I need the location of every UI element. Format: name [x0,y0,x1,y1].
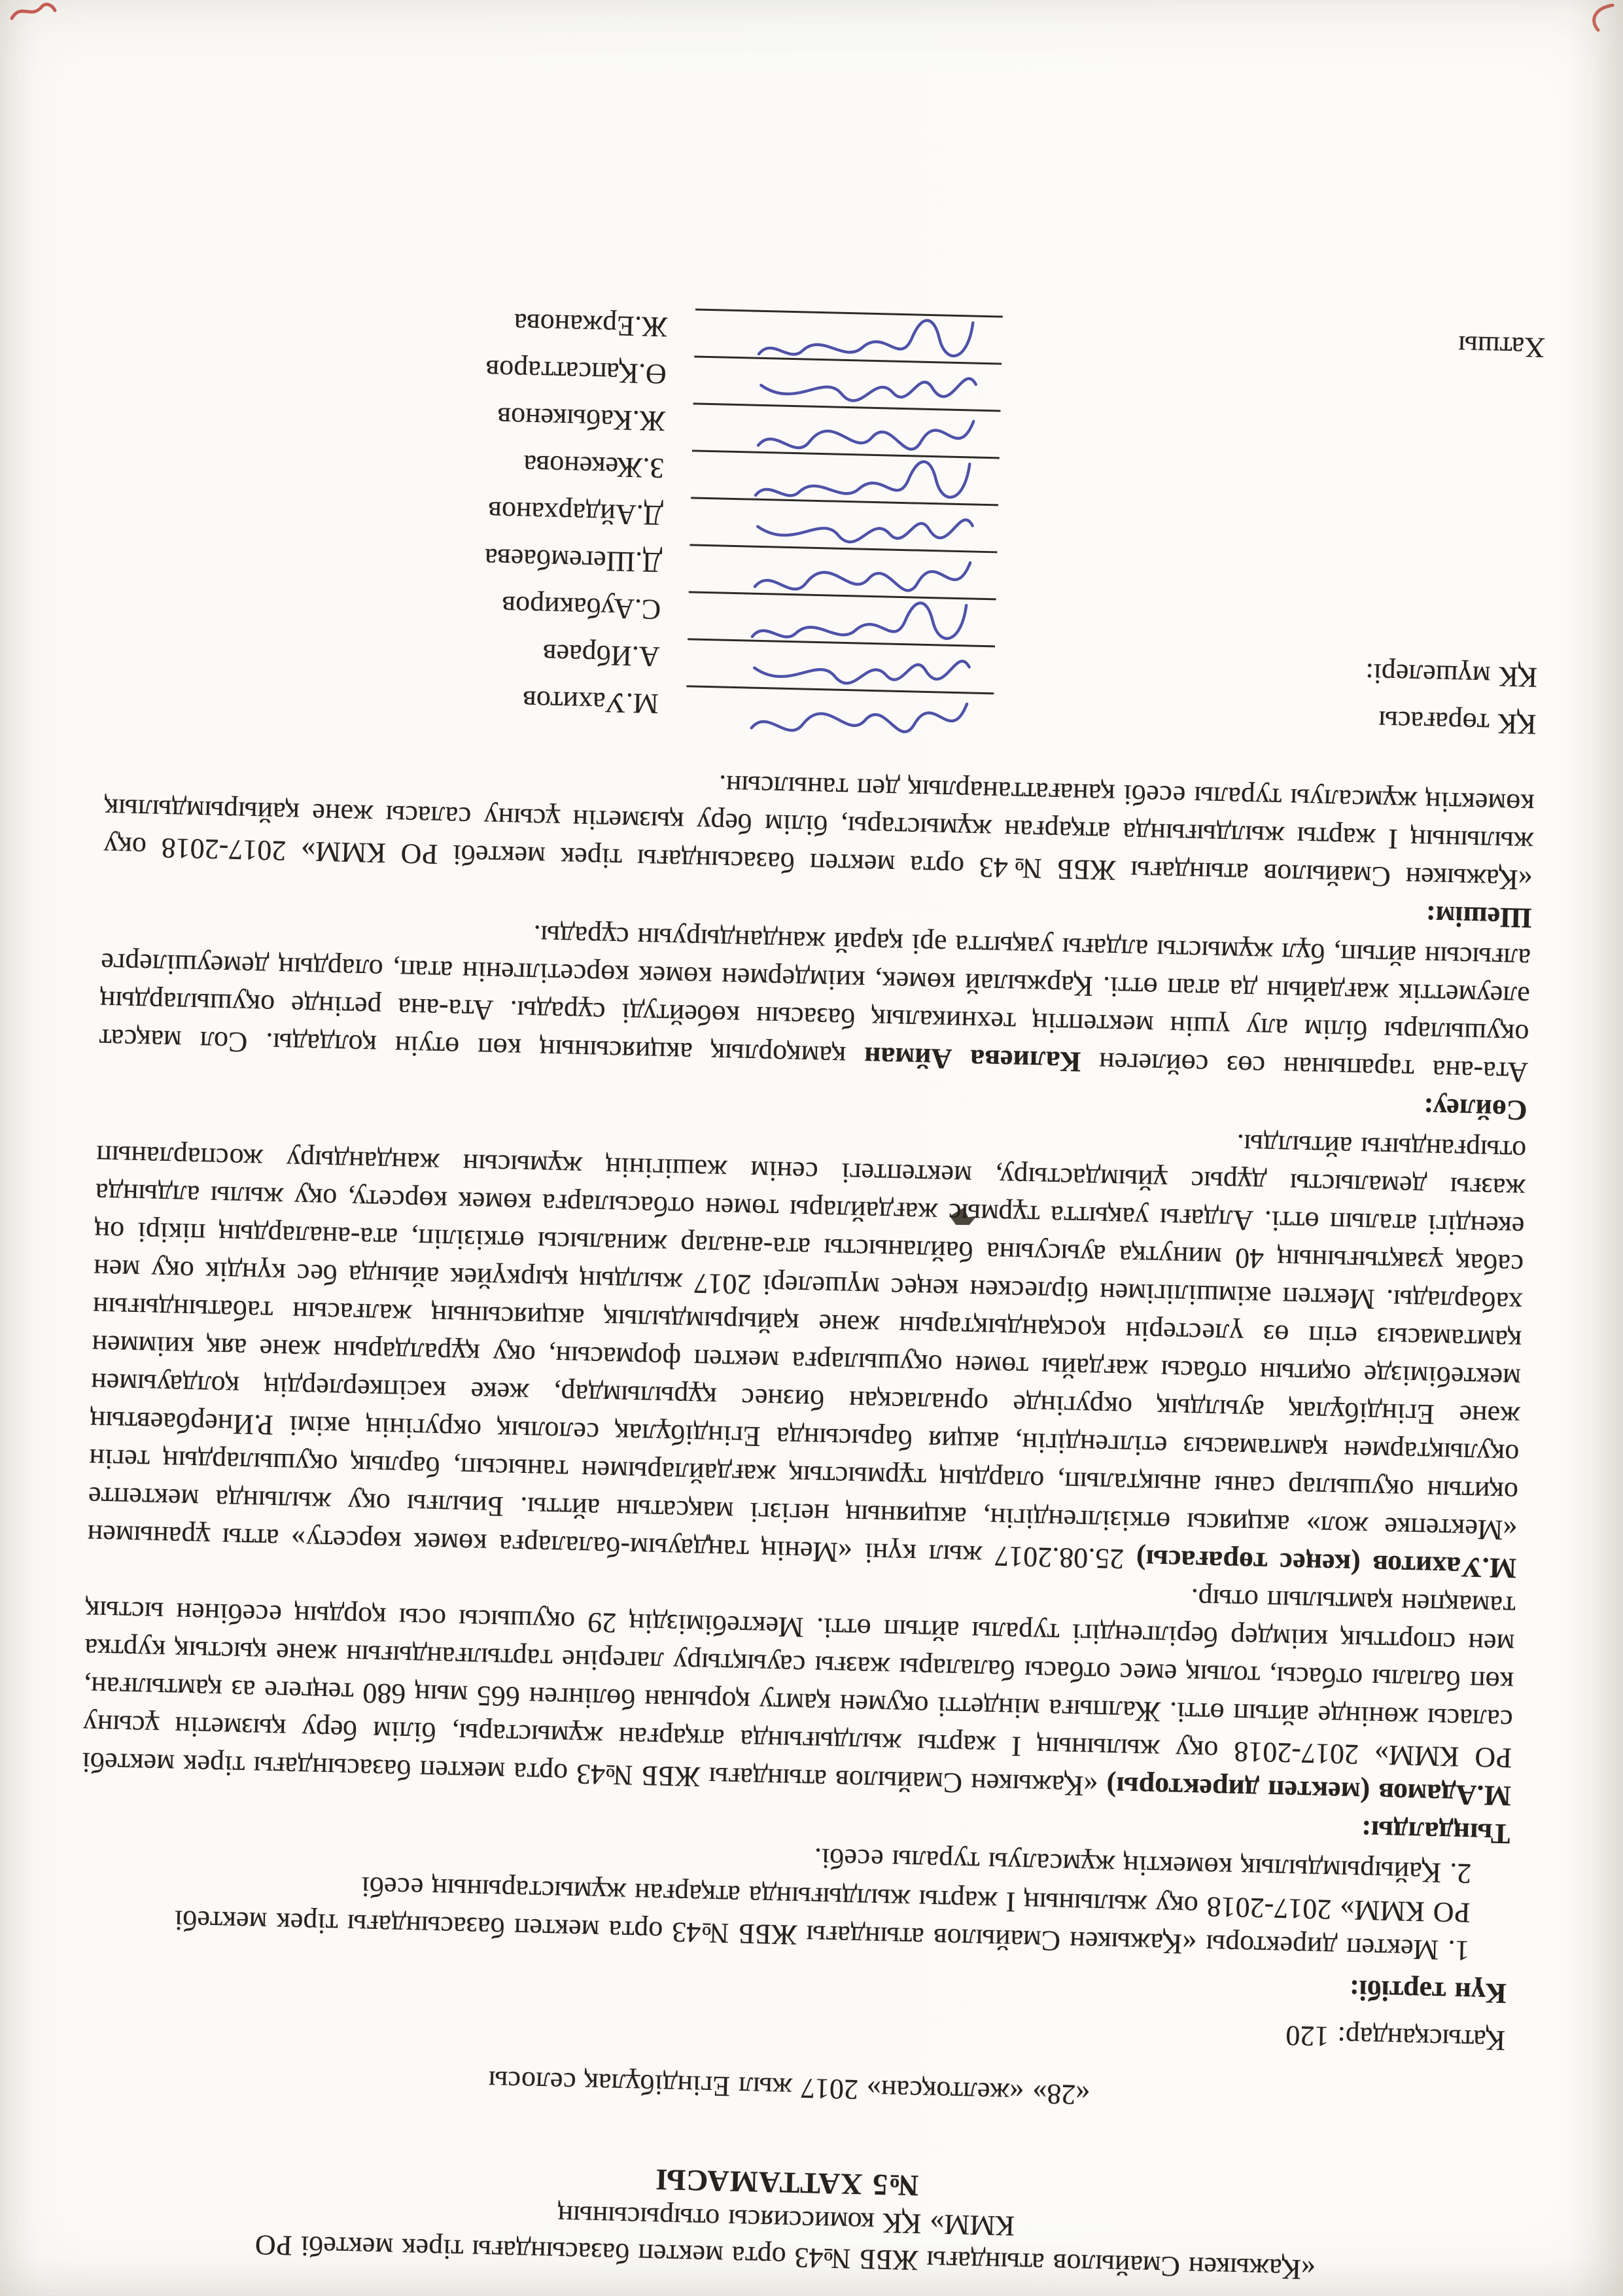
signature-name: Д.Шегембаева [484,539,689,582]
red-ink-artifact-top-left [9,0,58,24]
paragraph: М.Адамов (мектеп директоры) «Қажыкен Сма… [81,1553,1516,1814]
signature-name: З.Жекенова [523,446,691,487]
paragraph-text: Ата-ана тарапынан сөз сөйлеген [1080,1046,1528,1089]
date-place-line: «28» «желтоқсан» 2017 жыл Егіндібұлақ се… [74,2052,1504,2123]
signature-role: ҚК мүшелері: [994,645,1537,696]
scanned-page: «Қажыкен Смайылов атындағы ЖББ №43 орта … [0,0,1623,2296]
signature-block: ҚК төрағасыМ.УахитовҚК мүшелері:А.Ибраев… [107,295,1546,749]
signature-name: Ө.Қапсаттаров [485,351,694,393]
signature-name: Д.Айдарханов [487,492,691,535]
signature-role: ҚК төрағасы [992,692,1536,743]
signature-role: Хатшы [1002,316,1545,367]
paragraph-text: «Қажыкен Смайылов атындағы ЖББ №43 орта … [81,1583,1515,1803]
paragraph: М.Уахитов (кеңес төрағасы) 25.08.2017 жы… [86,1098,1526,1587]
paragraph-text: қамқорлық акциясының көп өтуін қолдады. … [98,919,1531,1073]
signature-name: С.Аубакиров [501,587,688,629]
signature-line [694,308,1002,346]
signature-ink [724,298,1012,385]
speaker-name: М.Адамов (мектеп директоры) [1106,1771,1510,1812]
signature-name: Ж.Ержанова [514,304,695,346]
speaker-name: Калиева Айман [864,1041,1081,1078]
document-content: «Қажыкен Смайылов атындағы ЖББ №43 орта … [70,0,1552,2292]
document-body: Тыңдалды:М.Адамов (мектеп директоры) «Қа… [80,751,1535,1852]
signature-name: М.Уахитов [522,681,686,723]
red-ink-artifact-top-right [1585,3,1616,33]
speaker-name: М.Уахитов (кеңес төрағасы) [1136,1544,1516,1585]
signature-name: А.Ибраев [542,635,688,676]
signature-name: Ж.Кабыкенов [497,398,693,440]
paragraph-text: 25.08.2017 жыл күні «Менің таңдауым-бала… [87,1128,1527,1576]
